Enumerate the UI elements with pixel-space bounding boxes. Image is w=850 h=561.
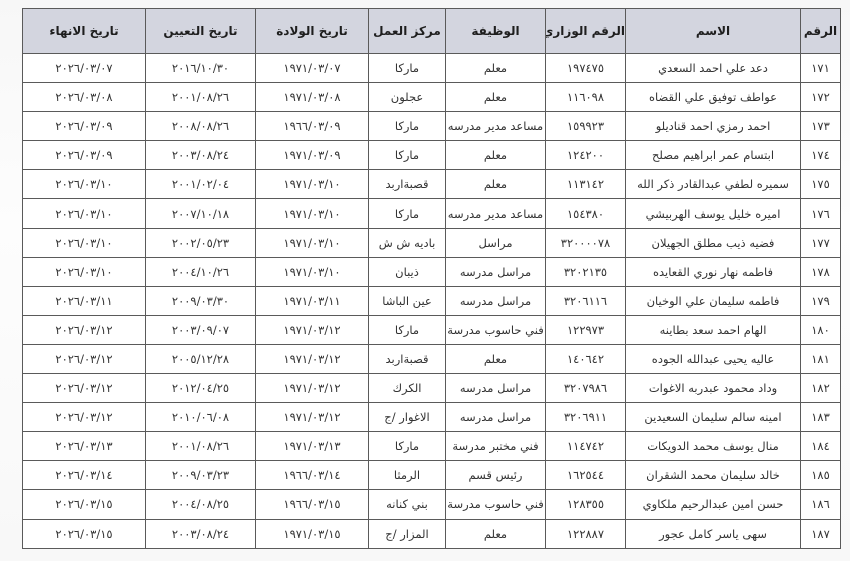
header-job: الوظيفة: [446, 9, 546, 54]
employee-name-cell: الهام احمد سعد بطاينه: [626, 315, 801, 344]
ministry-id-cell: ٣٢٠٠٠٠٧٨: [546, 228, 626, 257]
birth-date-cell: ١٩٧١/٠٣/١٢: [256, 374, 369, 403]
appointment-date-cell: ٢٠١٦/١٠/٣٠: [146, 54, 256, 83]
header-end-date: تاريخ الانهاء: [23, 9, 146, 54]
ministry-id-cell: ١٢٤٢٠٠: [546, 141, 626, 170]
work-center-cell: الاغوار /ج: [369, 403, 446, 432]
birth-date-cell: ١٩٧١/٠٣/١٣: [256, 432, 369, 461]
employee-name-cell: دعد علي احمد السعدي: [626, 54, 801, 83]
work-center-cell: ماركا: [369, 54, 446, 83]
employee-name-cell: سهى ياسر كامل عجور: [626, 519, 801, 548]
ministry-id-cell: ١٥٩٩٢٣: [546, 112, 626, 141]
work-center-cell: الرمثا: [369, 461, 446, 490]
row-number-cell: ١٧٧: [801, 228, 841, 257]
document-page: الرقم الاسم الرقم الوزاري الوظيفة مركز ا…: [0, 0, 850, 561]
employee-name-cell: وداد محمود عبدربه الاغوات: [626, 374, 801, 403]
row-number-cell: ١٧٣: [801, 112, 841, 141]
ministry-id-cell: ١١٦٠٩٨: [546, 83, 626, 112]
table-row: ١٨٤منال يوسف محمد الدويكات١١٤٧٤٢فني مختب…: [23, 432, 841, 461]
table-row: ١٧٨فاطمه نهار نوري القعايده٣٢٠٢١٣٥مراسل …: [23, 257, 841, 286]
work-center-cell: ماركا: [369, 315, 446, 344]
birth-date-cell: ١٩٧١/٠٣/١٠: [256, 199, 369, 228]
row-number-cell: ١٨٧: [801, 519, 841, 548]
table-row: ١٨٦حسن امين عبدالرحيم ملكاوي١٢٨٣٥٥فني حا…: [23, 490, 841, 519]
work-center-cell: عجلون: [369, 83, 446, 112]
table-row: ١٧٢عواطف توفيق علي القضاه١١٦٠٩٨معلمعجلون…: [23, 83, 841, 112]
birth-date-cell: ١٩٧١/٠٣/١١: [256, 286, 369, 315]
end-date-cell: ٢٠٢٦/٠٣/١٢: [23, 403, 146, 432]
work-center-cell: المزار /ج: [369, 519, 446, 548]
appointment-date-cell: ٢٠٠٩/٠٣/٣٠: [146, 286, 256, 315]
header-name: الاسم: [626, 9, 801, 54]
employee-name-cell: خالد سليمان محمد الشقران: [626, 461, 801, 490]
work-center-cell: قصبةاربد: [369, 344, 446, 373]
birth-date-cell: ١٩٧١/٠٣/١٢: [256, 403, 369, 432]
work-center-cell: الكرك: [369, 374, 446, 403]
ministry-id-cell: ١٩٧٤٧٥: [546, 54, 626, 83]
row-number-cell: ١٨٠: [801, 315, 841, 344]
job-title-cell: مراسل مدرسه: [446, 403, 546, 432]
appointment-date-cell: ٢٠٠١/٠٨/٢٦: [146, 83, 256, 112]
job-title-cell: فني مختبر مدرسة: [446, 432, 546, 461]
birth-date-cell: ١٩٧١/٠٣/٠٧: [256, 54, 369, 83]
employee-name-cell: ابتسام عمر ابراهيم مصلح: [626, 141, 801, 170]
header-work-center: مركز العمل: [369, 9, 446, 54]
ministry-id-cell: ١٢٨٣٥٥: [546, 490, 626, 519]
appointment-date-cell: ٢٠٠٩/٠٣/٢٣: [146, 461, 256, 490]
appointment-date-cell: ٢٠٠٨/٠٨/٢٦: [146, 112, 256, 141]
appointment-date-cell: ٢٠٠٥/١٢/٢٨: [146, 344, 256, 373]
employee-name-cell: منال يوسف محمد الدويكات: [626, 432, 801, 461]
end-date-cell: ٢٠٢٦/٠٣/٠٩: [23, 141, 146, 170]
header-ministry-id: الرقم الوزاري: [546, 9, 626, 54]
ministry-id-cell: ٣٢٠٦٩١١: [546, 403, 626, 432]
job-title-cell: مساعد مدير مدرسه: [446, 199, 546, 228]
ministry-id-cell: ١٢٢٨٨٧: [546, 519, 626, 548]
appointment-date-cell: ٢٠٠٣/٠٩/٠٧: [146, 315, 256, 344]
table-row: ١٨٢وداد محمود عبدربه الاغوات٣٢٠٧٩٨٦مراسل…: [23, 374, 841, 403]
appointment-date-cell: ٢٠٠٢/٠٥/٢٣: [146, 228, 256, 257]
job-title-cell: مراسل مدرسه: [446, 286, 546, 315]
header-num: الرقم: [801, 9, 841, 54]
ministry-id-cell: ١١٣١٤٢: [546, 170, 626, 199]
birth-date-cell: ١٩٧١/٠٣/١٢: [256, 315, 369, 344]
birth-date-cell: ١٩٧١/٠٣/٠٩: [256, 141, 369, 170]
appointment-date-cell: ٢٠٠٤/١٠/٢٦: [146, 257, 256, 286]
employee-name-cell: فضيه ذيب مطلق الجهيلان: [626, 228, 801, 257]
employee-name-cell: اميره خليل يوسف الهربيشي: [626, 199, 801, 228]
ministry-id-cell: ١٦٢٥٤٤: [546, 461, 626, 490]
table-row: ١٨٥خالد سليمان محمد الشقران١٦٢٥٤٤رئيس قس…: [23, 461, 841, 490]
ministry-id-cell: ٣٢٠٧٩٨٦: [546, 374, 626, 403]
row-number-cell: ١٨٥: [801, 461, 841, 490]
work-center-cell: باديه ش ش: [369, 228, 446, 257]
row-number-cell: ١٨٦: [801, 490, 841, 519]
job-title-cell: معلم: [446, 170, 546, 199]
table-row: ١٧٩فاطمه سليمان علي الوخيان٣٢٠٦١١٦مراسل …: [23, 286, 841, 315]
employee-roster-table: الرقم الاسم الرقم الوزاري الوظيفة مركز ا…: [22, 8, 841, 549]
appointment-date-cell: ٢٠٠٣/٠٨/٢٤: [146, 141, 256, 170]
job-title-cell: معلم: [446, 83, 546, 112]
ministry-id-cell: ١٤٠٦٤٢: [546, 344, 626, 373]
end-date-cell: ٢٠٢٦/٠٣/٠٨: [23, 83, 146, 112]
ministry-id-cell: ١١٤٧٤٢: [546, 432, 626, 461]
appointment-date-cell: ٢٠١٢/٠٤/٢٥: [146, 374, 256, 403]
birth-date-cell: ١٩٦٦/٠٣/١٤: [256, 461, 369, 490]
employee-name-cell: فاطمه نهار نوري القعايده: [626, 257, 801, 286]
row-number-cell: ١٨٢: [801, 374, 841, 403]
job-title-cell: فني حاسوب مدرسة: [446, 315, 546, 344]
end-date-cell: ٢٠٢٦/٠٣/١٥: [23, 490, 146, 519]
row-number-cell: ١٧١: [801, 54, 841, 83]
end-date-cell: ٢٠٢٦/٠٣/١٠: [23, 199, 146, 228]
work-center-cell: ماركا: [369, 141, 446, 170]
work-center-cell: ذيبان: [369, 257, 446, 286]
job-title-cell: معلم: [446, 344, 546, 373]
table-header: الرقم الاسم الرقم الوزاري الوظيفة مركز ا…: [23, 9, 841, 54]
appointment-date-cell: ٢٠٠١/٠٨/٢٦: [146, 432, 256, 461]
employee-name-cell: عاليه يحيى عبدالله الجوده: [626, 344, 801, 373]
row-number-cell: ١٨٤: [801, 432, 841, 461]
table-row: ١٨٧سهى ياسر كامل عجور١٢٢٨٨٧معلمالمزار /ج…: [23, 519, 841, 548]
end-date-cell: ٢٠٢٦/٠٣/٠٩: [23, 112, 146, 141]
header-birth-date: تاريخ الولادة: [256, 9, 369, 54]
appointment-date-cell: ٢٠٠٧/١٠/١٨: [146, 199, 256, 228]
appointment-date-cell: ٢٠٠١/٠٢/٠٤: [146, 170, 256, 199]
table-row: ١٨٣امينه سالم سليمان السعيدين٣٢٠٦٩١١مراس…: [23, 403, 841, 432]
end-date-cell: ٢٠٢٦/٠٣/١٣: [23, 432, 146, 461]
end-date-cell: ٢٠٢٦/٠٣/١٤: [23, 461, 146, 490]
end-date-cell: ٢٠٢٦/٠٣/١٠: [23, 257, 146, 286]
row-number-cell: ١٧٨: [801, 257, 841, 286]
ministry-id-cell: ٣٢٠٢١٣٥: [546, 257, 626, 286]
employee-name-cell: عواطف توفيق علي القضاه: [626, 83, 801, 112]
table-row: ١٧٥سميره لطفي عبدالقادر ذكر الله١١٣١٤٢مع…: [23, 170, 841, 199]
work-center-cell: ماركا: [369, 112, 446, 141]
job-title-cell: مراسل: [446, 228, 546, 257]
birth-date-cell: ١٩٦٦/٠٣/١٥: [256, 490, 369, 519]
end-date-cell: ٢٠٢٦/٠٣/٠٧: [23, 54, 146, 83]
job-title-cell: معلم: [446, 141, 546, 170]
table-row: ١٨١عاليه يحيى عبدالله الجوده١٤٠٦٤٢معلمقص…: [23, 344, 841, 373]
work-center-cell: قصبةاربد: [369, 170, 446, 199]
birth-date-cell: ١٩٧١/٠٣/١٠: [256, 170, 369, 199]
end-date-cell: ٢٠٢٦/٠٣/١٢: [23, 315, 146, 344]
employee-name-cell: امينه سالم سليمان السعيدين: [626, 403, 801, 432]
birth-date-cell: ١٩٧١/٠٣/٠٨: [256, 83, 369, 112]
table-body: ١٧١دعد علي احمد السعدي١٩٧٤٧٥معلمماركا١٩٧…: [23, 54, 841, 549]
job-title-cell: فني حاسوب مدرسة: [446, 490, 546, 519]
table-row: ١٧٧فضيه ذيب مطلق الجهيلان٣٢٠٠٠٠٧٨مراسلبا…: [23, 228, 841, 257]
header-row: الرقم الاسم الرقم الوزاري الوظيفة مركز ا…: [23, 9, 841, 54]
birth-date-cell: ١٩٦٦/٠٣/٠٩: [256, 112, 369, 141]
row-number-cell: ١٧٩: [801, 286, 841, 315]
end-date-cell: ٢٠٢٦/٠٣/١٠: [23, 170, 146, 199]
birth-date-cell: ١٩٧١/٠٣/١٥: [256, 519, 369, 548]
table-row: ١٧٤ابتسام عمر ابراهيم مصلح١٢٤٢٠٠معلممارك…: [23, 141, 841, 170]
work-center-cell: ماركا: [369, 432, 446, 461]
work-center-cell: عين الباشا: [369, 286, 446, 315]
job-title-cell: مراسل مدرسه: [446, 374, 546, 403]
end-date-cell: ٢٠٢٦/٠٣/١٠: [23, 228, 146, 257]
table-row: ١٨٠الهام احمد سعد بطاينه١٢٢٩٧٣فني حاسوب …: [23, 315, 841, 344]
appointment-date-cell: ٢٠٠٣/٠٨/٢٤: [146, 519, 256, 548]
birth-date-cell: ١٩٧١/٠٣/١٠: [256, 228, 369, 257]
row-number-cell: ١٨١: [801, 344, 841, 373]
job-title-cell: رئيس قسم: [446, 461, 546, 490]
row-number-cell: ١٨٣: [801, 403, 841, 432]
employee-name-cell: فاطمه سليمان علي الوخيان: [626, 286, 801, 315]
row-number-cell: ١٧٥: [801, 170, 841, 199]
employee-name-cell: سميره لطفي عبدالقادر ذكر الله: [626, 170, 801, 199]
birth-date-cell: ١٩٧١/٠٣/١٢: [256, 344, 369, 373]
ministry-id-cell: ٣٢٠٦١١٦: [546, 286, 626, 315]
table-row: ١٧١دعد علي احمد السعدي١٩٧٤٧٥معلمماركا١٩٧…: [23, 54, 841, 83]
table-row: ١٧٣احمد رمزي احمد قناديلو١٥٩٩٢٣مساعد مدي…: [23, 112, 841, 141]
end-date-cell: ٢٠٢٦/٠٣/١١: [23, 286, 146, 315]
ministry-id-cell: ١٥٤٣٨٠: [546, 199, 626, 228]
appointment-date-cell: ٢٠١٠/٠٦/٠٨: [146, 403, 256, 432]
birth-date-cell: ١٩٧١/٠٣/١٠: [256, 257, 369, 286]
job-title-cell: مساعد مدير مدرسه: [446, 112, 546, 141]
end-date-cell: ٢٠٢٦/٠٣/١٢: [23, 374, 146, 403]
work-center-cell: بني كنانه: [369, 490, 446, 519]
employee-name-cell: احمد رمزي احمد قناديلو: [626, 112, 801, 141]
ministry-id-cell: ١٢٢٩٧٣: [546, 315, 626, 344]
job-title-cell: معلم: [446, 519, 546, 548]
job-title-cell: معلم: [446, 54, 546, 83]
job-title-cell: مراسل مدرسه: [446, 257, 546, 286]
header-appointment-date: تاريخ التعيين: [146, 9, 256, 54]
row-number-cell: ١٧٤: [801, 141, 841, 170]
end-date-cell: ٢٠٢٦/٠٣/١٥: [23, 519, 146, 548]
work-center-cell: ماركا: [369, 199, 446, 228]
end-date-cell: ٢٠٢٦/٠٣/١٢: [23, 344, 146, 373]
employee-name-cell: حسن امين عبدالرحيم ملكاوي: [626, 490, 801, 519]
row-number-cell: ١٧٦: [801, 199, 841, 228]
row-number-cell: ١٧٢: [801, 83, 841, 112]
appointment-date-cell: ٢٠٠٤/٠٨/٢٥: [146, 490, 256, 519]
table-row: ١٧٦اميره خليل يوسف الهربيشي١٥٤٣٨٠مساعد م…: [23, 199, 841, 228]
